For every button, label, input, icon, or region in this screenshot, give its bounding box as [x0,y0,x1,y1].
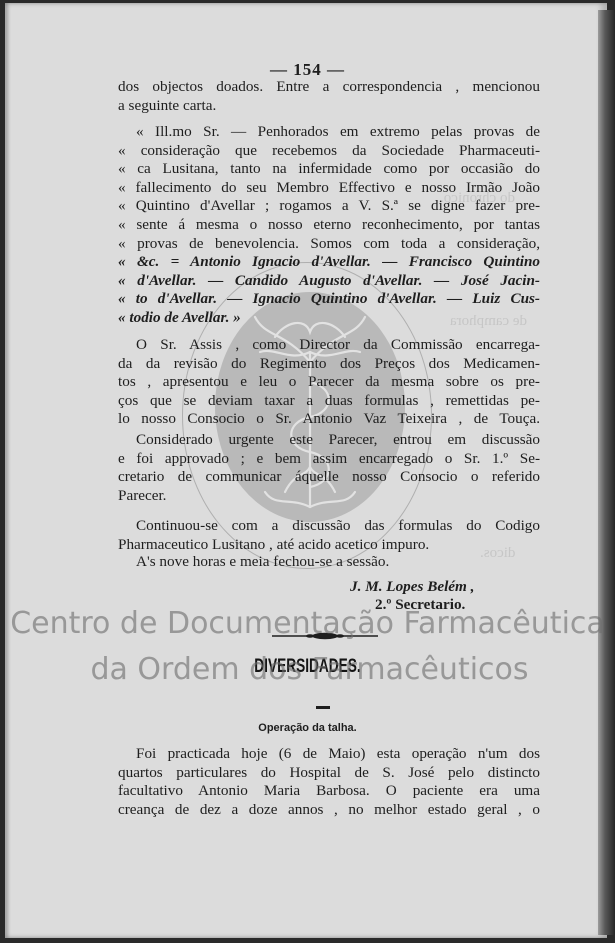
text-line: dos objectos doados. Entre a corresponde… [118,78,540,97]
text-line: « Quintino d'Avellar ; rogamos a V. S.ª … [118,197,540,216]
watermark-line-2: da Ordem dos Farmacêuticos [2,652,615,687]
text-line: a seguinte carta. [118,97,540,116]
text-line: e foi approvado ; e bem assim encarregad… [118,450,540,469]
subsection-title: Operação da talha. [0,722,615,734]
text-line: « d'Avellar. — Candido Augusto d'Avellar… [118,272,540,291]
paragraph-urgente: Considerado urgente este Parecer, entrou… [118,431,540,505]
text-line: O Sr. Assis , como Director da Commissão… [118,336,540,355]
text-line: ços que se deviam taxar a duas formulas … [118,392,540,411]
text-line: « Ill.mo Sr. — Penhorados em extremo pel… [118,123,540,142]
text-line: « &c. = Antonio Ignacio d'Avellar. — Fra… [118,253,540,272]
text-line: « ca Lusitana, tanto na infermidade como… [118,160,540,179]
text-line: « todio de Avellar. » [118,309,540,328]
paragraph-opening: dos objectos doados. Entre a corresponde… [118,78,540,115]
paragraph-assis: O Sr. Assis , como Director da Commissão… [118,336,540,429]
text-line: « consideração que recebemos da Sociedad… [118,142,540,161]
page-edge [598,10,615,935]
text-line: A's nove horas e meia fechou-se a sessão… [118,553,540,572]
text-line: Pharmaceutico Lusitano , até acido aceti… [118,536,540,555]
text-line: quartos particulares do Hospital de S. J… [118,764,540,783]
text-line: « provas de benevolencia. Somos com toda… [118,235,540,254]
text-line: lo nosso Consocio o Sr. Antonio Vaz Teix… [118,410,540,429]
text-line: da da revisão do Regimento dos Preços do… [118,355,540,374]
text-line: creança de dez a doze annos , no melhor … [118,801,540,820]
text-line: « to d'Avellar. — Ignacio Quintino d'Ave… [118,290,540,309]
text-line: tos , apresentou e leu o Parecer da mesm… [118,373,540,392]
separator-dash [316,706,330,709]
signature-name: J. M. Lopes Belém , [350,578,474,596]
text-line: facultativo Antonio Maria Barbosa. O pac… [118,782,540,801]
text-line: cretario de communicar áquelle nosso Con… [118,468,540,487]
text-line: Considerado urgente este Parecer, entrou… [118,431,540,450]
paragraph-talha: Foi practicada hoje (6 de Maio) esta ope… [118,745,540,819]
paragraph-close: A's nove horas e meia fechou-se a sessão… [118,553,540,572]
text-line: Continuou-se com a discussão das formula… [118,517,540,536]
page-number: — 154 — [0,60,615,80]
text-line: « fallecimento do seu Membro Effectivo e… [118,179,540,198]
text-line: Parecer. [118,487,540,506]
text-line: Foi practicada hoje (6 de Maio) esta ope… [118,745,540,764]
paragraph-continuou: Continuou-se com a discussão das formula… [118,517,540,554]
watermark-line-1: Centro de Documentação Farmacêutica [0,606,615,641]
letter-quote: « Ill.mo Sr. — Penhorados em extremo pel… [118,123,540,328]
text-line: « sente á mesma o nosso eterno reconheci… [118,216,540,235]
